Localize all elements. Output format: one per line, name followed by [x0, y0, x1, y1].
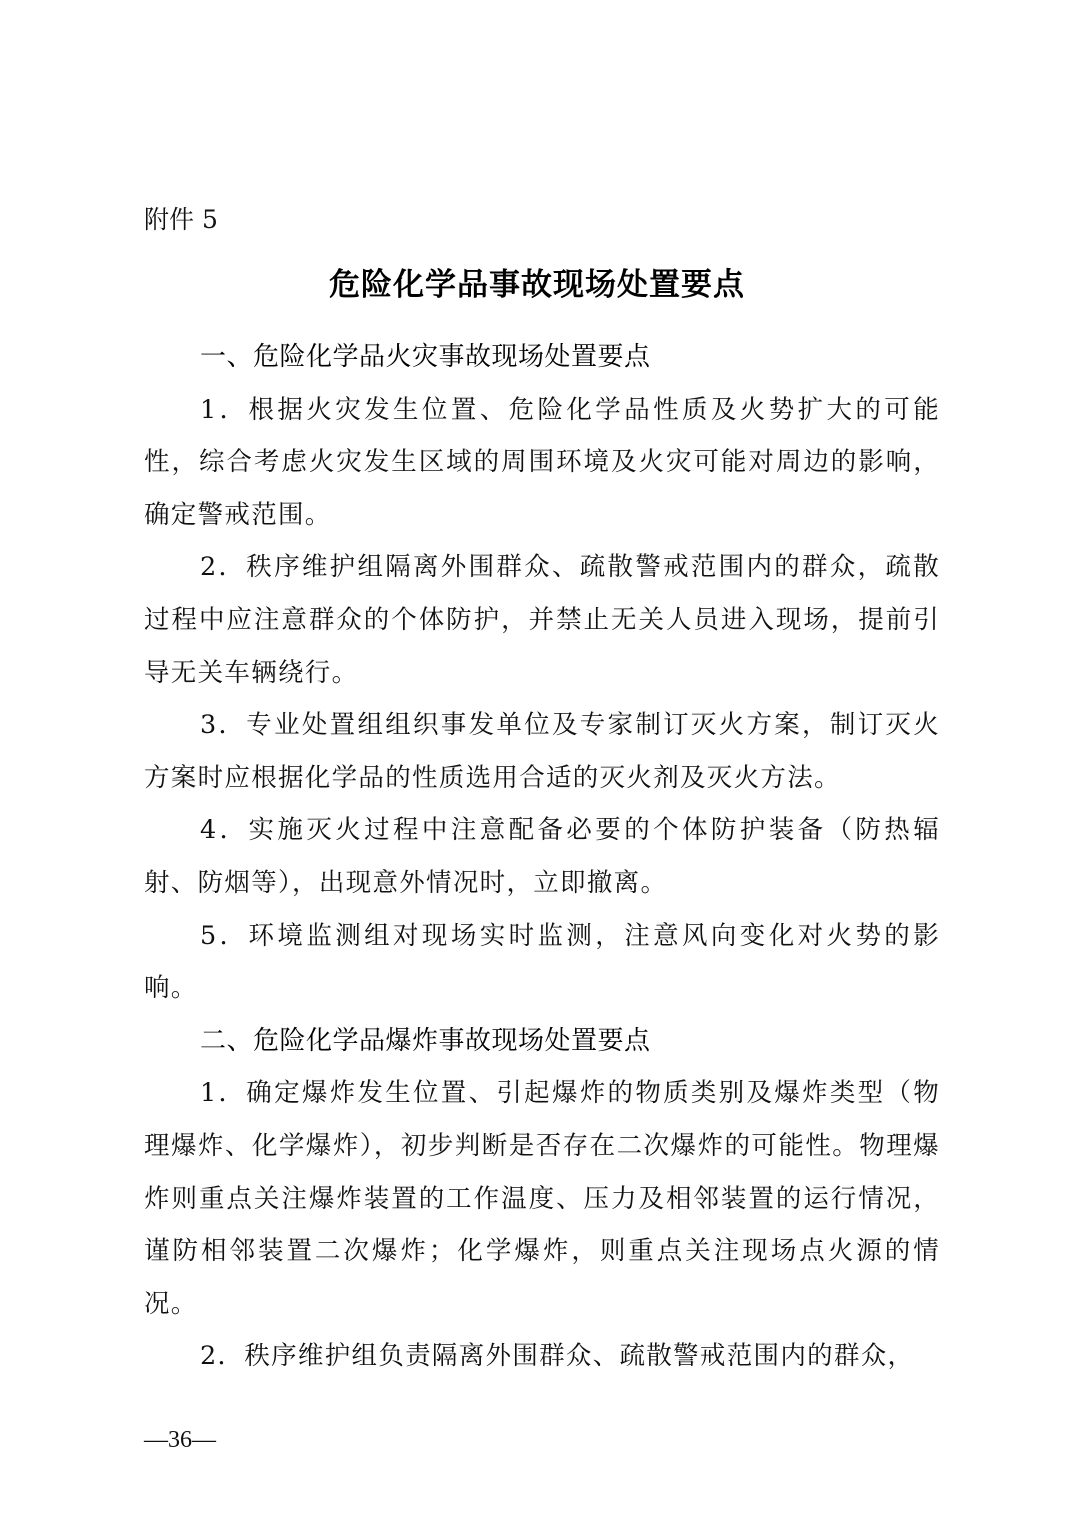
section-heading: 一、危险化学品火灾事故现场处置要点 [144, 331, 940, 384]
document-page: 附件 5 危险化学品事故现场处置要点 一、危险化学品火灾事故现场处置要点 1．根… [0, 0, 1074, 1520]
paragraph: 1．根据火灾发生位置、危险化学品性质及火势扩大的可能性，综合考虑火灾发生区域的周… [144, 384, 940, 542]
document-body: 一、危险化学品火灾事故现场处置要点 1．根据火灾发生位置、危险化学品性质及火势扩… [144, 331, 940, 1383]
paragraph: 4．实施灭火过程中注意配备必要的个体防护装备（防热辐射、防烟等），出现意外情况时… [144, 804, 940, 909]
paragraph: 1．确定爆炸发生位置、引起爆炸的物质类别及爆炸类型（物理爆炸、化学爆炸），初步判… [144, 1067, 940, 1330]
attachment-label: 附件 5 [144, 200, 218, 240]
section-fire: 一、危险化学品火灾事故现场处置要点 1．根据火灾发生位置、危险化学品性质及火势扩… [144, 331, 940, 1015]
paragraph: 2．秩序维护组隔离外围群众、疏散警戒范围内的群众，疏散过程中应注意群众的个体防护… [144, 541, 940, 699]
paragraph: 3．专业处置组组织事发单位及专家制订灭火方案，制订灭火方案时应根据化学品的性质选… [144, 699, 940, 804]
document-title: 危险化学品事故现场处置要点 [0, 263, 1074, 307]
paragraph: 2．秩序维护组负责隔离外围群众、疏散警戒范围内的群众， [144, 1330, 940, 1383]
page-number: —36— [144, 1425, 216, 1455]
section-explosion: 二、危险化学品爆炸事故现场处置要点 1．确定爆炸发生位置、引起爆炸的物质类别及爆… [144, 1015, 940, 1383]
section-heading: 二、危险化学品爆炸事故现场处置要点 [144, 1015, 940, 1068]
paragraph: 5．环境监测组对现场实时监测，注意风向变化对火势的影响。 [144, 910, 940, 1015]
